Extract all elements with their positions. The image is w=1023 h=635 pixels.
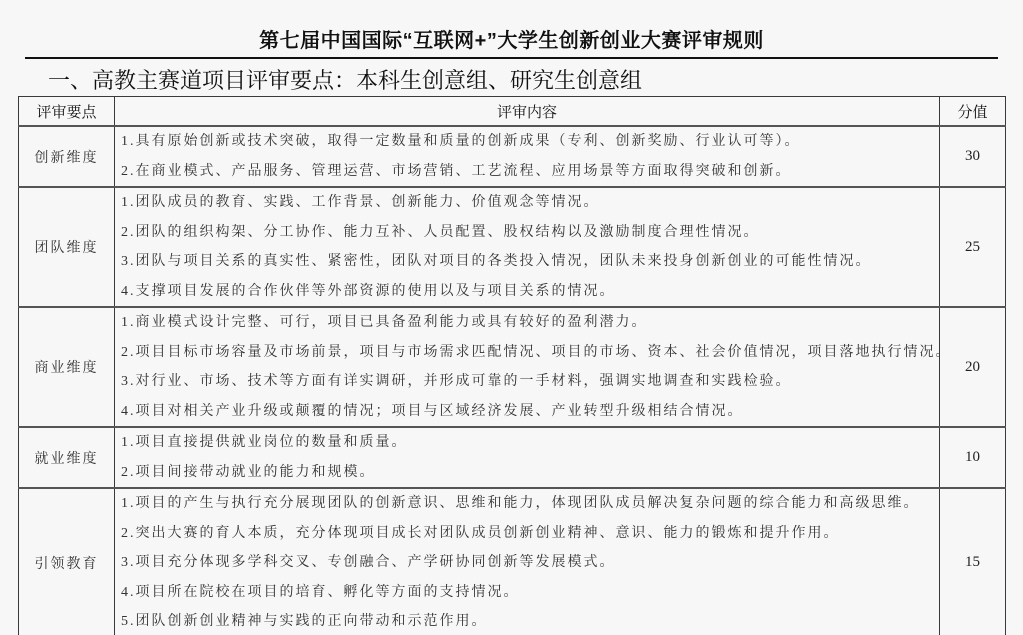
- dimension-cell: 团队维度: [19, 187, 115, 307]
- header-content: 评审内容: [115, 97, 940, 127]
- table-row-education: 引领教育 1.项目的产生与执行充分展现团队的创新意识、思维和能力，体现团队成员解…: [19, 488, 1006, 635]
- dimension-cell: 就业维度: [19, 427, 115, 488]
- table-header-row: 评审要点 评审内容 分值: [19, 97, 1006, 127]
- dimension-cell: 商业维度: [19, 307, 115, 427]
- dimension-cell: 引领教育: [19, 488, 115, 635]
- score-cell: 15: [940, 488, 1006, 635]
- content-cell: 1.项目直接提供就业岗位的数量和质量。 2.项目间接带动就业的能力和规模。: [115, 427, 940, 488]
- criteria-item: 5.团队创新创业精神与实践的正向带动和示范作用。: [121, 607, 939, 635]
- document-title: 第七届中国国际“互联网+”大学生创新创业大赛评审规则: [0, 28, 1023, 54]
- section-heading: 一、高教主赛道项目评审要点：本科生创意组、研究生创意组: [48, 66, 642, 96]
- header-dimension: 评审要点: [19, 97, 115, 127]
- score-cell: 25: [940, 187, 1006, 307]
- criteria-item: 1.团队成员的教育、实践、工作背景、创新能力、价值观念等情况。: [121, 188, 939, 218]
- table-row-team: 团队维度 1.团队成员的教育、实践、工作背景、创新能力、价值观念等情况。 2.团…: [19, 187, 1006, 307]
- content-cell: 1.商业模式设计完整、可行，项目已具备盈利能力或具有较好的盈利潜力。 2.项目目…: [115, 307, 940, 427]
- criteria-item: 2.在商业模式、产品服务、管理运营、市场营销、工艺流程、应用场景等方面取得突破和…: [121, 157, 939, 187]
- criteria-item: 3.团队与项目关系的真实性、紧密性，团队对项目的各类投入情况，团队未来投身创新创…: [121, 247, 939, 277]
- review-rules-table: 评审要点 评审内容 分值 创新维度 1.具有原始创新或技术突破，取得一定数量和质…: [18, 96, 1006, 635]
- content-cell: 1.团队成员的教育、实践、工作背景、创新能力、价值观念等情况。 2.团队的组织构…: [115, 187, 940, 307]
- criteria-item: 4.项目对相关产业升级或颠覆的情况；项目与区域经济发展、产业转型升级相结合情况。: [121, 397, 939, 427]
- criteria-item: 4.项目所在院校在项目的培育、孵化等方面的支持情况。: [121, 578, 939, 608]
- score-cell: 20: [940, 307, 1006, 427]
- criteria-item: 3.项目充分体现多学科交叉、专创融合、产学研协同创新等发展模式。: [121, 548, 939, 578]
- criteria-item: 2.项目间接带动就业的能力和规模。: [121, 458, 939, 488]
- table-row-innovation: 创新维度 1.具有原始创新或技术突破，取得一定数量和质量的创新成果（专利、创新奖…: [19, 126, 1006, 187]
- criteria-item: 1.项目的产生与执行充分展现团队的创新意识、思维和能力，体现团队成员解决复杂问题…: [121, 489, 939, 519]
- content-cell: 1.具有原始创新或技术突破，取得一定数量和质量的创新成果（专利、创新奖励、行业认…: [115, 126, 940, 187]
- table-row-business: 商业维度 1.商业模式设计完整、可行，项目已具备盈利能力或具有较好的盈利潜力。 …: [19, 307, 1006, 427]
- criteria-item: 3.对行业、市场、技术等方面有详实调研，并形成可靠的一手材料，强调实地调查和实践…: [121, 367, 939, 397]
- header-score: 分值: [940, 97, 1006, 127]
- score-cell: 30: [940, 126, 1006, 187]
- criteria-item: 1.商业模式设计完整、可行，项目已具备盈利能力或具有较好的盈利潜力。: [121, 308, 939, 338]
- table-row-employment: 就业维度 1.项目直接提供就业岗位的数量和质量。 2.项目间接带动就业的能力和规…: [19, 427, 1006, 488]
- criteria-item: 1.项目直接提供就业岗位的数量和质量。: [121, 428, 939, 458]
- score-cell: 10: [940, 427, 1006, 488]
- criteria-item: 2.团队的组织构架、分工协作、能力互补、人员配置、股权结构以及激励制度合理性情况…: [121, 218, 939, 248]
- title-rule: [25, 57, 998, 59]
- criteria-item: 2.项目目标市场容量及市场前景，项目与市场需求匹配情况、项目的市场、资本、社会价…: [121, 338, 939, 368]
- criteria-item: 4.支撑项目发展的合作伙伴等外部资源的使用以及与项目关系的情况。: [121, 277, 939, 307]
- criteria-item: 2.突出大赛的育人本质，充分体现项目成长对团队成员创新创业精神、意识、能力的锻炼…: [121, 519, 939, 549]
- dimension-cell: 创新维度: [19, 126, 115, 187]
- criteria-item: 1.具有原始创新或技术突破，取得一定数量和质量的创新成果（专利、创新奖励、行业认…: [121, 127, 939, 157]
- content-cell: 1.项目的产生与执行充分展现团队的创新意识、思维和能力，体现团队成员解决复杂问题…: [115, 488, 940, 635]
